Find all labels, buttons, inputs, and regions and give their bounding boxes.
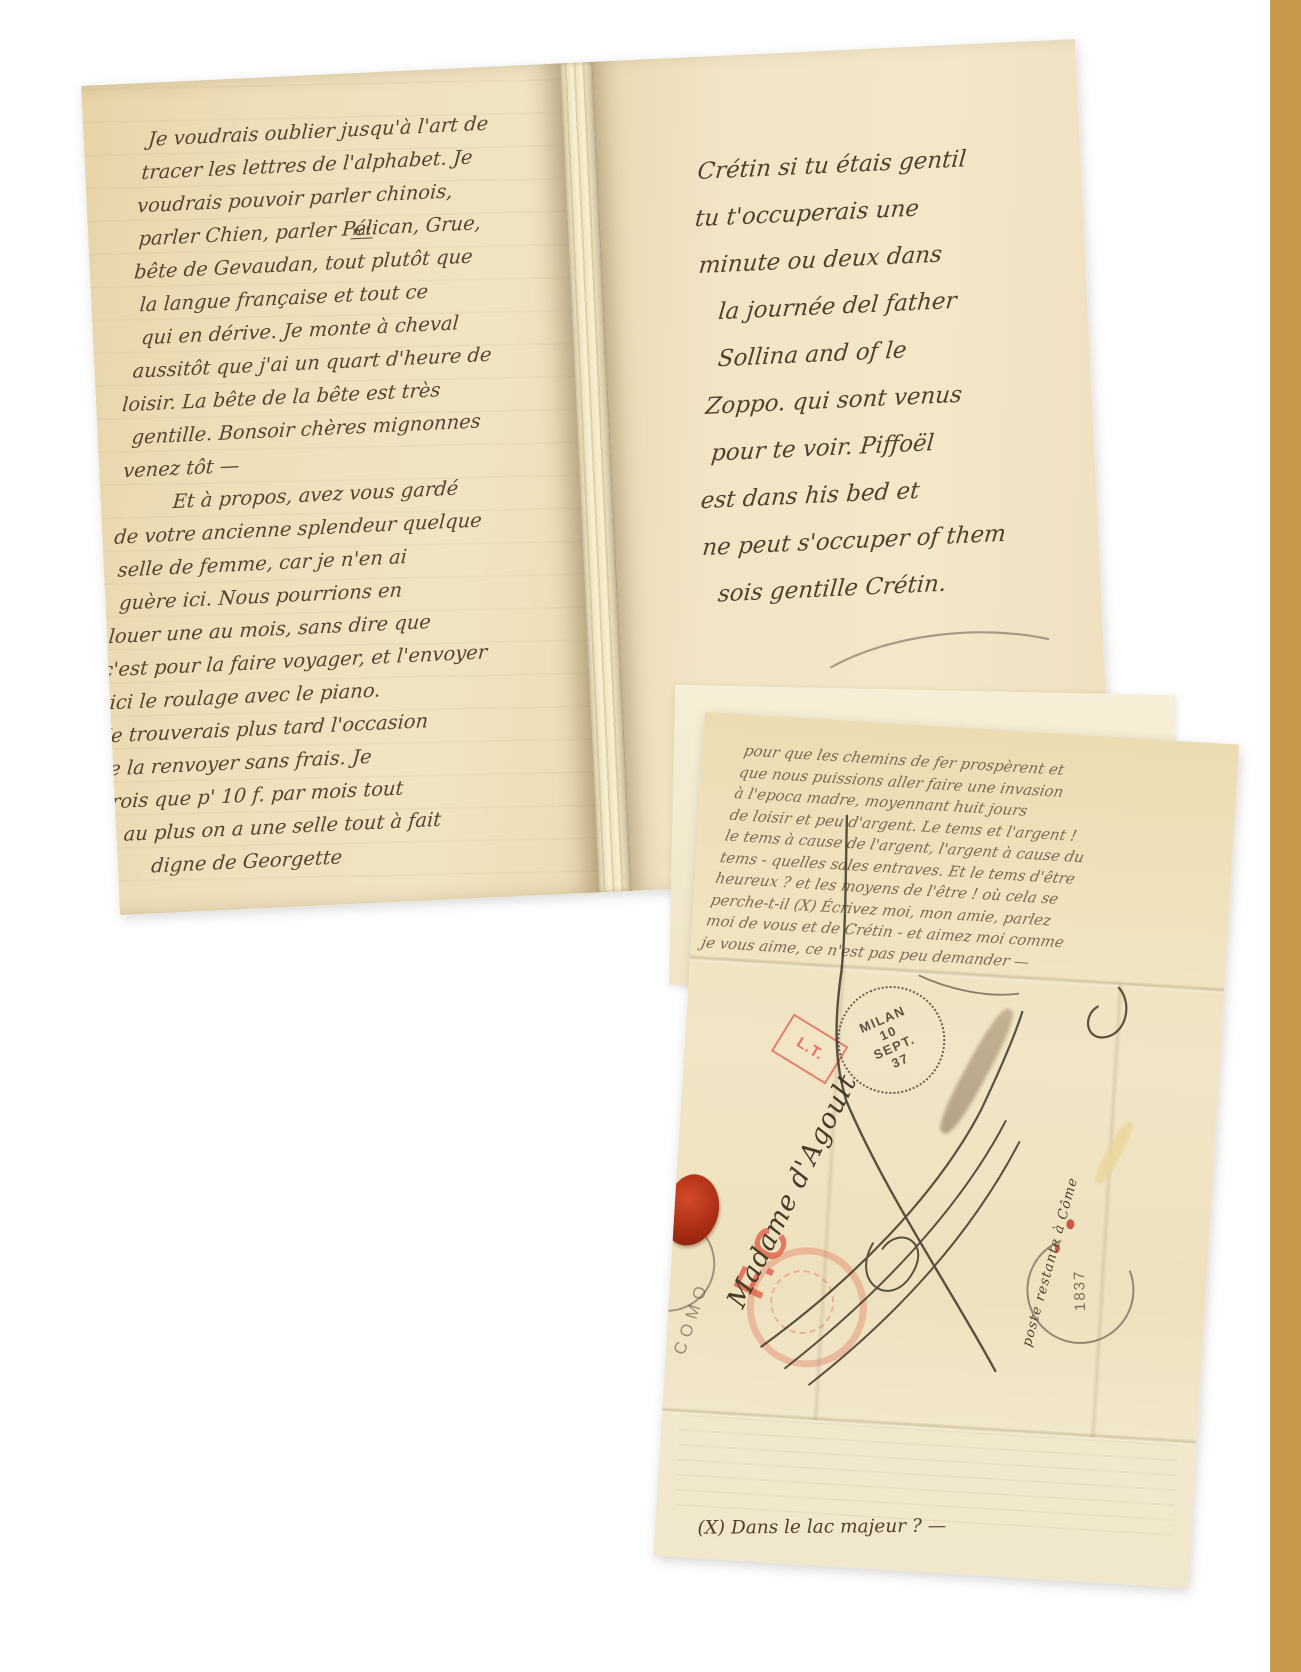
left-page-handwriting: Je voudrais oublier jusqu'à l'art de tra… <box>86 105 528 886</box>
pencil-flourish <box>819 618 1061 679</box>
interline-insertion: rat <box>350 222 373 239</box>
marginal-annotation: (X) Dans le lac majeur ? — <box>697 1516 946 1539</box>
right-page-handwriting: Crétin si tu étais gentil tu t'occuperai… <box>656 133 1043 622</box>
manuscript-scan-page: Je voudrais oublier jusqu'à l'art de tra… <box>0 0 1301 1672</box>
letter-photo: pour que les chemins de fer prospèrent e… <box>653 712 1239 1588</box>
gold-accent-stripe <box>1270 0 1301 1672</box>
diary-left-page: Je voudrais oublier jusqu'à l'art de tra… <box>81 63 600 915</box>
